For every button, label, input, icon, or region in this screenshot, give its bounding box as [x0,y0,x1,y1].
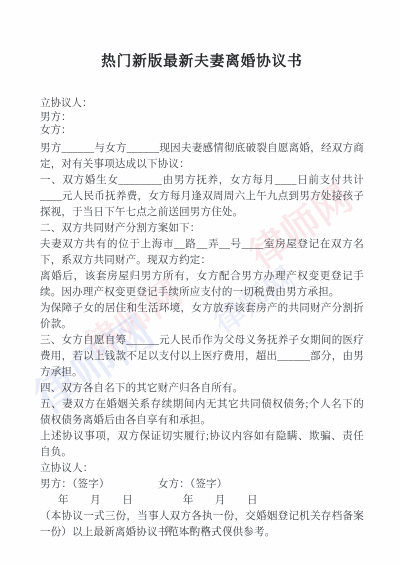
agreement-body: 男方______与女方______现因夫妻感情彻底破裂自愿离婚，经双方商定，对有… [40,141,364,541]
page-number: 第 1 页 共 1 页 [0,524,400,535]
female-party-label: 女方： [40,124,364,138]
paragraph-guarantee: 上述协议事项，双方保证切实履行;协议内容如有隐瞒、欺骗、责任自负。 [40,429,364,461]
date-row: 年 月 日 年 月 日 [40,493,364,509]
paragraph-clause-5: 五、妻双方在婚姻关系存续期间内无其它共同债权债务;个人名下的债权债务离婚后由各自… [40,397,364,429]
signature-row: 男方：（签字） 女方：（签字） [40,477,364,493]
page-title: 热门新版最新夫妻离婚协议书 [40,50,364,71]
parties-label: 立协议人： [40,97,364,111]
paragraph-preamble: 男方______与女方______现因夫妻感情彻底破裂自愿离婚，经双方商定，对有… [40,141,364,173]
document-content: 热门新版最新夫妻离婚协议书 立协议人： 男方： 女方： 男方______与女方_… [40,50,364,541]
male-date-label: 年 月 日 [58,493,180,509]
female-date-label: 年 月 日 [183,495,258,506]
signing-parties-label: 立协议人： [40,461,364,477]
paragraph-clause-2-heading: 二、双方共同财产分割方案如下： [40,221,364,237]
parties-intro: 立协议人： 男方： 女方： [40,97,364,138]
male-signature-label: 男方：（签字） [40,477,155,493]
paragraph-clause-3: 三、女方自愿自筹______元人民币作为父母义务抚养子女期间的医疗费用，若以上钱… [40,333,364,381]
male-party-label: 男方： [40,111,364,125]
paragraph-clause-2-waiver: 为保障子女的居住和生活环境，女方放弃该套房产的共同财产分割折价款。 [40,301,364,333]
paragraph-clause-2-property: 夫妻双方共有的位于上海市__路__弄__号____室房屋登记在双方名下，系双方共… [40,237,364,269]
paragraph-clause-1: 一、双方婚生女________由男方抚养，女方每月____日前支付共计____元… [40,173,364,221]
paragraph-clause-4: 四、双方各自名下的其它财产归各自所有。 [40,381,364,397]
female-signature-label: 女方：（签字） [158,479,228,490]
paragraph-clause-2-transfer: 离婚后，该套房屋归男方所有，女方配合男方办理产权变更登记手续。因办理产权变更登记… [40,269,364,301]
document-page: 律师网 律师网 律师网 律师网 热门新版最新夫妻离婚协议书 立协议人： 男方： … [0,0,400,565]
